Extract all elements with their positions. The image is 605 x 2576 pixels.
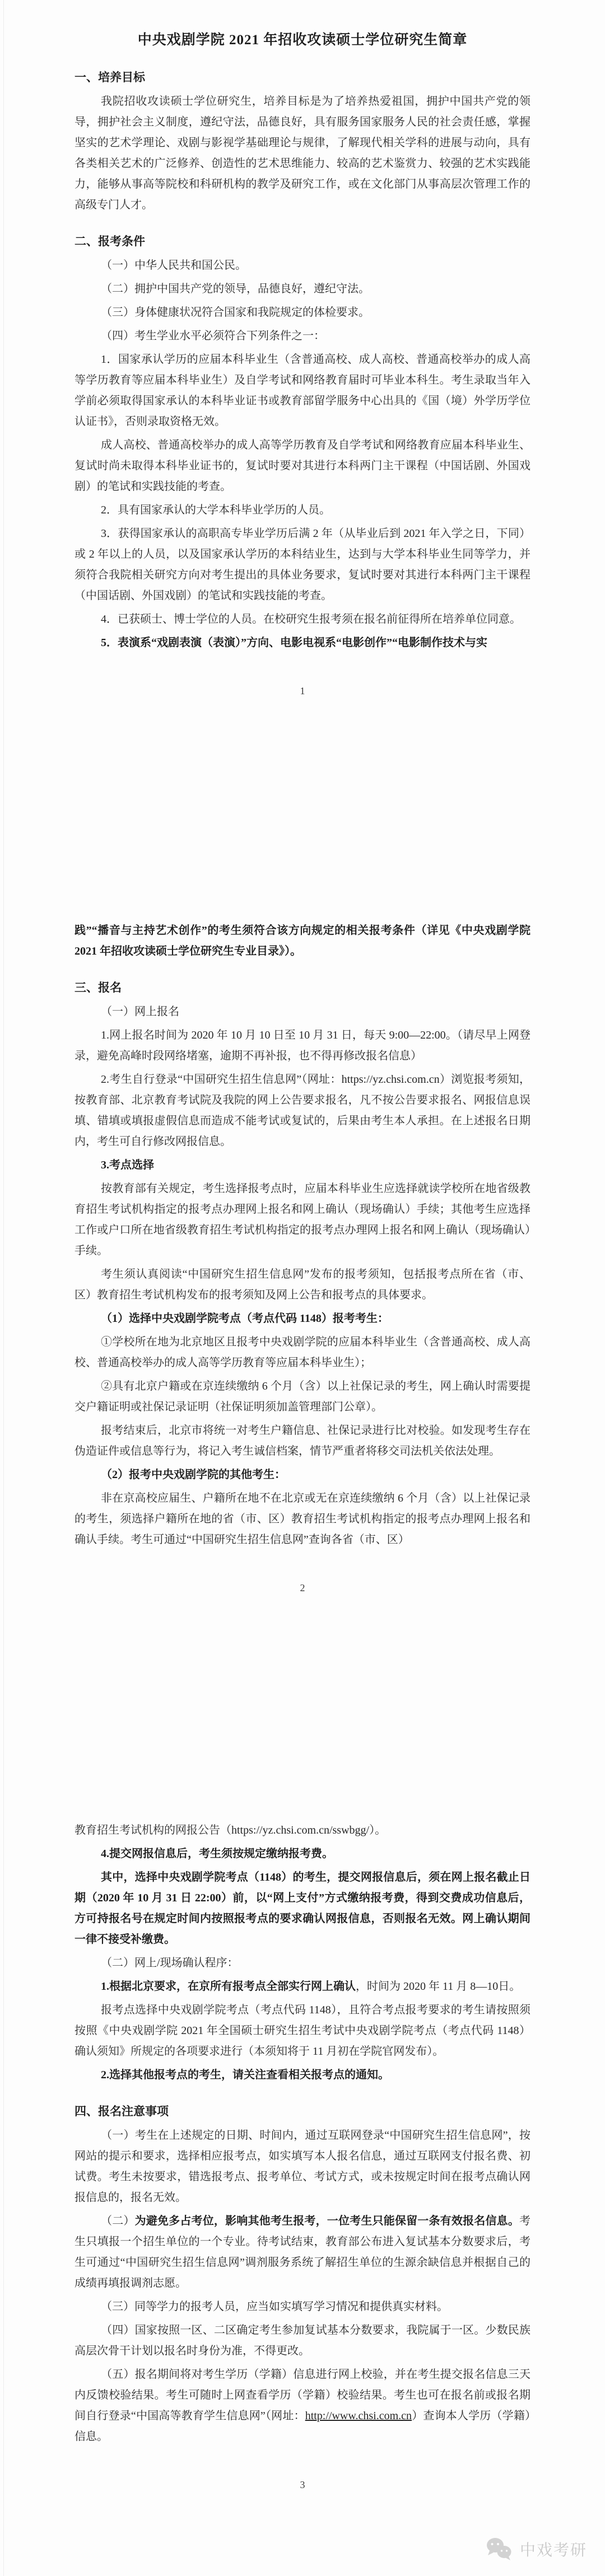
text-run: （三）同等学力的报考人员，应当如实填写学习情况和提供真实材料。: [101, 2301, 448, 2313]
text-run: （三）身体健康状况符合国家和我院规定的体检要求。: [101, 306, 370, 319]
text-run: 二、报考条件: [75, 235, 145, 248]
paragraph: （三）同等学力的报考人员，应当如实填写学习情况和提供真实材料。: [75, 2297, 530, 2317]
paragraph: 其中，选择中央戏剧学院考点（1148）的考生，提交网报信息后，须在网上报名截止日…: [75, 1867, 530, 1950]
text-run: （二）网上/现场确认程序：: [101, 1957, 239, 1969]
text-run: ①学校所在地为北京地区且报考中央戏剧学院的应届本科毕业生（含普通高校、成人高校、…: [75, 1336, 530, 1369]
text-run: 5．表演系“戏剧表演（表演）”方向、电影电视系“电影创作”“电影制作技术与实: [101, 637, 487, 649]
text-run: 践”“播音与主持艺术创作”的考生须符合该方向规定的相关报考条件（详见《中央戏剧学…: [75, 924, 530, 957]
section-heading: 三、报名: [75, 978, 530, 998]
text-run: ，时间为 2020 年 11 月 8—10日。: [356, 1980, 520, 1993]
text-run: 1．国家承认学历的应届本科毕业生（含普通高校、成人高校、普通高校举办的成人高等学…: [75, 353, 530, 428]
text-run: 非在京高校应届生、户籍所在地不在北京或无在京连续缴纳 6 个月（含）以上社保记录…: [75, 1492, 530, 1546]
text-run: （一）网上报名: [101, 1006, 179, 1018]
text-run: 成人高校、普通高校举办的成人高等学历教育及自学考试和网络教育应届本科毕业生、复试…: [75, 439, 530, 493]
text-run: （一）中华人民共和国公民。: [101, 259, 246, 272]
paragraph: （2）报考中央戏剧学院的其他考生：: [75, 1465, 530, 1485]
text-run: 三、报名: [75, 981, 122, 994]
text-run: （2）报考中央戏剧学院的其他考生：: [101, 1469, 286, 1481]
paragraph: （一）中华人民共和国公民。: [75, 255, 530, 276]
text-run: 为避免多占考位，影响其他考生报考，一位考生只能保留一条有效报名信息。: [135, 2215, 519, 2227]
paragraph: 非在京高校应届生、户籍所在地不在北京或无在京连续缴纳 6 个月（含）以上社保记录…: [75, 1488, 530, 1550]
text-run: 中央戏剧学院 2021 年招收攻读硕士学位研究生简章: [138, 32, 468, 48]
text-run: 2．具有国家承认的大学本科毕业学历的人员。: [101, 504, 331, 516]
page-3: 教育招生考试机构的网报公告（https://yz.chsi.com.cn/ssw…: [0, 1814, 605, 2576]
text-run: 考生须认真阅读“中国研究生招生信息网”发布的报考须知，包括报考点所在省（市、区）…: [75, 1268, 530, 1301]
paragraph: （二）拥护中国共产党的领导，品德良好，遵纪守法。: [75, 279, 530, 300]
url-text: https://yz.chsi.com.cn: [342, 1073, 440, 1086]
text-run: 4.提交网报信息后，考生须按规定缴纳报考费。: [101, 1848, 333, 1860]
section-heading: 一、培养目标: [75, 67, 530, 88]
text-run: 报考结束后，北京市将统一对考生户籍信息、社保记录进行比对校验。如发现考生存在伪造…: [75, 1424, 530, 1457]
text-run: 我院招收攻读硕士学位研究生，培养目标是为了培养热爱祖国，拥护中国共产党的领导，拥…: [75, 95, 530, 211]
paragraph: 2.考生自行登录“中国研究生招生信息网”（网址：https://yz.chsi.…: [75, 1069, 530, 1152]
text-run: （一）考生在上述规定的日期、时间内，通过互联网登录“中国研究生招生信息网”，按网…: [75, 2129, 530, 2204]
paragraph: （二）为避免多占考位，影响其他考生报考，一位考生只能保留一条有效报名信息。考生只…: [75, 2211, 530, 2294]
paragraph: （五）报名期间将对考生学历（学籍）信息进行网上校验，并在考生提交报名信息三天内反…: [75, 2364, 530, 2447]
paragraph: 践”“播音与主持艺术创作”的考生须符合该方向规定的相关报考条件（详见《中央戏剧学…: [75, 920, 530, 962]
text-run: 3．获得国家承认的高职高专毕业学历后满 2 年（从毕业后到 2021 年入学之日…: [75, 527, 530, 602]
paragraph: 教育招生考试机构的网报公告（https://yz.chsi.com.cn/ssw…: [75, 1820, 530, 1841]
text-run: 4．已获硕士、博士学位的人员。在校研究生报考须在报名前征得所在培养单位同意。: [101, 613, 521, 625]
page-1: 中央戏剧学院 2021 年招收攻读硕士学位研究生简章一、培养目标我院招收攻读硕士…: [0, 0, 605, 914]
paragraph: 2．具有国家承认的大学本科毕业学历的人员。: [75, 500, 530, 521]
text-run: 四、报名注意事项: [75, 2105, 169, 2118]
paragraph: 1．国家承认学历的应届本科毕业生（含普通高校、成人高校、普通高校举办的成人高等学…: [75, 349, 530, 432]
paragraph: 3．获得国家承认的高职高专毕业学历后满 2 年（从毕业后到 2021 年入学之日…: [75, 523, 530, 606]
paragraph: 考生须认真阅读“中国研究生招生信息网”发布的报考须知，包括报考点所在省（市、区）…: [75, 1264, 530, 1306]
paragraph: 按教育部有关规定，考生选择报考点时，应届本科毕业生应选择就读学校所在地省级教育招…: [75, 1179, 530, 1261]
text-run: （二）: [101, 2215, 135, 2227]
section-heading: 二、报考条件: [75, 231, 530, 252]
text-run: 一、培养目标: [75, 71, 145, 84]
paragraph: （四）国家按照一区、二区确定考生参加复试基本分数要求，我院属于一区。少数民族高层…: [75, 2320, 530, 2362]
doc-title: 中央戏剧学院 2021 年招收攻读硕士学位研究生简章: [75, 29, 530, 52]
paragraph: （四）考生学业水平必须符合下列条件之一：: [75, 326, 530, 347]
text-run: 3.考点选择: [101, 1159, 154, 1171]
paragraph: 报考结束后，北京市将统一对考生户籍信息、社保记录进行比对校验。如发现考生存在伪造…: [75, 1420, 530, 1462]
paragraph: （1）选择中央戏剧学院考点（考点代码 1148）报考考生：: [75, 1308, 530, 1329]
page-number: 2: [75, 1579, 530, 1596]
paragraph: （三）身体健康状况符合国家和我院规定的体检要求。: [75, 302, 530, 323]
text-run: 2.选择其他报考点的考生，请关注查看相关报考点的通知。: [101, 2069, 389, 2081]
text-run: （四）考生学业水平必须符合下列条件之一：: [101, 330, 325, 342]
paragraph: 我院招收攻读硕士学位研究生，培养目标是为了培养热爱祖国，拥护中国共产党的领导，拥…: [75, 91, 530, 216]
paragraph: （一）网上报名: [75, 1002, 530, 1022]
paragraph: 成人高校、普通高校举办的成人高等学历教育及自学考试和网络教育应届本科毕业生、复试…: [75, 435, 530, 497]
paragraph: ①学校所在地为北京地区且报考中央戏剧学院的应届本科毕业生（含普通高校、成人高校、…: [75, 1332, 530, 1373]
text-run: 1.网上报名时间为 2020 年 10 月 10 日至 10 月 31 日，每天…: [75, 1029, 530, 1062]
text-run: （1）选择中央戏剧学院考点（考点代码 1148）报考考生：: [101, 1312, 389, 1325]
paragraph: 5．表演系“戏剧表演（表演）”方向、电影电视系“电影创作”“电影制作技术与实: [75, 633, 530, 653]
paragraph: 1.根据北京要求，在京所有报考点全部实行网上确认，时间为 2020 年 11 月…: [75, 1976, 530, 1997]
paragraph: （二）网上/现场确认程序：: [75, 1953, 530, 1974]
paragraph: ②具有北京户籍或在京连续缴纳 6 个月（含）以上社保记录的考生，网上确认时需要提…: [75, 1376, 530, 1418]
footer-logo-text: 中戏考研: [520, 2538, 587, 2560]
paragraph: 报考点选择中央戏剧学院考点（考点代码 1148），且符合考点报考要求的考生请按照…: [75, 2000, 530, 2062]
page-number: 1: [75, 682, 530, 699]
text-run: 教育招生考试机构的网报公告（: [75, 1824, 231, 1836]
paragraph: 4.提交网报信息后，考生须按规定缴纳报考费。: [75, 1844, 530, 1864]
text-run: ②具有北京户籍或在京连续缴纳 6 个月（含）以上社保记录的考生，网上确认时需要提…: [75, 1380, 530, 1413]
text-run: 1.根据北京要求，在京所有报考点全部实行网上确认: [101, 1980, 356, 1993]
paragraph: （一）考生在上述规定的日期、时间内，通过互联网登录“中国研究生招生信息网”，按网…: [75, 2125, 530, 2208]
text-run: ）。: [369, 1824, 386, 1836]
paragraph: 4．已获硕士、博士学位的人员。在校研究生报考须在报名前征得所在培养单位同意。: [75, 609, 530, 630]
text-run: （四）国家按照一区、二区确定考生参加复试基本分数要求，我院属于一区。少数民族高层…: [75, 2324, 530, 2357]
url-text: http://www.chsi.com.cn: [305, 2410, 412, 2422]
page-2: 践”“播音与主持艺术创作”的考生须符合该方向规定的相关报考条件（详见《中央戏剧学…: [0, 914, 605, 1814]
page-number: 3: [75, 2476, 530, 2493]
footer-logo: 中戏考研: [485, 2537, 587, 2561]
section-heading: 四、报名注意事项: [75, 2101, 530, 2122]
text-run: 其中，选择中央戏剧学院考点（1148）的考生，提交网报信息后，须在网上报名截止日…: [75, 1871, 530, 1946]
text-run: 2.考生自行登录“中国研究生招生信息网”（网址：: [101, 1073, 342, 1086]
text-run: （二）拥护中国共产党的领导，品德良好，遵纪守法。: [101, 283, 370, 295]
paragraph: 2.选择其他报考点的考生，请关注查看相关报考点的通知。: [75, 2065, 530, 2086]
url-text: https://yz.chsi.com.cn/sswbgg/: [231, 1824, 369, 1836]
paragraph: 3.考点选择: [75, 1155, 530, 1176]
paragraph: 1.网上报名时间为 2020 年 10 月 10 日至 10 月 31 日，每天…: [75, 1025, 530, 1067]
text-run: 报考点选择中央戏剧学院考点（考点代码 1148），且符合考点报考要求的考生请按照…: [75, 2004, 530, 2058]
wechat-chat-bubbles-icon: [485, 2537, 514, 2561]
text-run: 按教育部有关规定，考生选择报考点时，应届本科毕业生应选择就读学校所在地省级教育招…: [75, 1182, 530, 1257]
scanned-document: 中央戏剧学院 2021 年招收攻读硕士学位研究生简章一、培养目标我院招收攻读硕士…: [0, 0, 605, 2576]
